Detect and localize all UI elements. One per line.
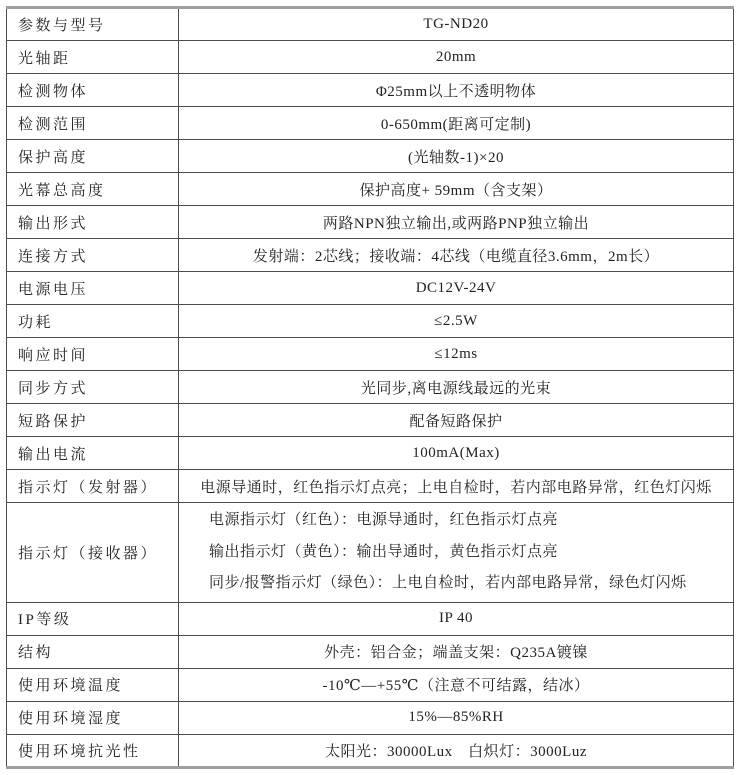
param-value: 外壳：铝合金；端盖支架：Q235A镀镍	[179, 635, 734, 668]
param-value: 电源指示灯（红色）：电源导通时，红色指示灯点亮 输出指示灯（黄色）：输出导通时，…	[179, 503, 734, 603]
param-value: 光同步,离电源线最远的光束	[179, 371, 734, 404]
row-indicator-emitter: 指示灯（发射器） 电源导通时，红色指示灯点亮；上电自检时，若内部电路异常，红色灯…	[7, 470, 734, 503]
param-value: 发射端：2芯线；接收端：4芯线（电缆直径3.6mm，2m长）	[179, 239, 734, 272]
param-label: 光轴距	[7, 41, 179, 74]
row-power-consumption: 功耗 ≤2.5W	[7, 305, 734, 338]
row-operating-temperature: 使用环境温度 -10℃—+55℃（注意不可结露，结冰）	[7, 668, 734, 701]
param-label: 光幕总高度	[7, 173, 179, 206]
row-output-current: 输出电流 100mA(Max)	[7, 437, 734, 470]
param-label: IP等级	[7, 602, 179, 635]
param-label: 参数与型号	[7, 8, 179, 41]
param-value: 100mA(Max)	[179, 437, 734, 470]
row-response-time: 响应时间 ≤12ms	[7, 338, 734, 371]
row-protection-height: 保护高度 (光轴数-1)×20	[7, 140, 734, 173]
param-label: 结构	[7, 635, 179, 668]
row-output-type: 输出形式 两路NPN独立输出,或两路PNP独立输出	[7, 206, 734, 239]
param-value: ≤12ms	[179, 338, 734, 371]
row-total-height: 光幕总高度 保护高度+ 59mm（含支架）	[7, 173, 734, 206]
param-label: 输出电流	[7, 437, 179, 470]
param-value: ≤2.5W	[179, 305, 734, 338]
row-supply-voltage: 电源电压 DC12V-24V	[7, 272, 734, 305]
indicator-line-sync-alarm: 同步/报警指示灯（绿色）：上电自检时，若内部电路异常，绿色灯闪烁	[179, 568, 727, 600]
row-detect-object: 检测物体 Φ25mm以上不透明物体	[7, 74, 734, 107]
param-label: 输出形式	[7, 206, 179, 239]
param-value: 20mm	[179, 41, 734, 74]
indicator-line-output: 输出指示灯（黄色）：输出导通时，黄色指示灯点亮	[179, 537, 727, 569]
param-label: 指示灯（接收器）	[7, 503, 179, 603]
spec-table: 参数与型号 TG-ND20 光轴距 20mm 检测物体 Φ25mm以上不透明物体…	[6, 6, 734, 769]
param-label: 检测范围	[7, 107, 179, 140]
param-value: 两路NPN独立输出,或两路PNP独立输出	[179, 206, 734, 239]
param-value: Φ25mm以上不透明物体	[179, 74, 734, 107]
row-operating-humidity: 使用环境湿度 15%—85%RH	[7, 701, 734, 734]
param-value: 电源导通时，红色指示灯点亮；上电自检时，若内部电路异常，红色灯闪烁	[179, 470, 734, 503]
param-label: 同步方式	[7, 371, 179, 404]
param-value: 0-650mm(距离可定制)	[179, 107, 734, 140]
param-label: 使用环境湿度	[7, 701, 179, 734]
param-value: 保护高度+ 59mm（含支架）	[179, 173, 734, 206]
param-label: 指示灯（发射器）	[7, 470, 179, 503]
param-value: 配备短路保护	[179, 404, 734, 437]
param-label: 使用环境抗光性	[7, 734, 179, 767]
param-label: 响应时间	[7, 338, 179, 371]
indicator-line-power: 电源指示灯（红色）：电源导通时，红色指示灯点亮	[179, 505, 727, 537]
param-label: 电源电压	[7, 272, 179, 305]
param-value: -10℃—+55℃（注意不可结露，结冰）	[179, 668, 734, 701]
param-value: (光轴数-1)×20	[179, 140, 734, 173]
spec-sheet-page: 参数与型号 TG-ND20 光轴距 20mm 检测物体 Φ25mm以上不透明物体…	[0, 0, 740, 775]
row-model: 参数与型号 TG-ND20	[7, 8, 734, 41]
row-connection: 连接方式 发射端：2芯线；接收端：4芯线（电缆直径3.6mm，2m长）	[7, 239, 734, 272]
param-label: 使用环境温度	[7, 668, 179, 701]
param-label: 短路保护	[7, 404, 179, 437]
row-sync-mode: 同步方式 光同步,离电源线最远的光束	[7, 371, 734, 404]
param-value: TG-ND20	[179, 8, 734, 41]
param-value: 15%—85%RH	[179, 701, 734, 734]
param-value: IP 40	[179, 602, 734, 635]
row-ip-rating: IP等级 IP 40	[7, 602, 734, 635]
param-label: 功耗	[7, 305, 179, 338]
row-indicator-receiver: 指示灯（接收器） 电源指示灯（红色）：电源导通时，红色指示灯点亮 输出指示灯（黄…	[7, 503, 734, 603]
row-beam-spacing: 光轴距 20mm	[7, 41, 734, 74]
row-detect-range: 检测范围 0-650mm(距离可定制)	[7, 107, 734, 140]
param-label: 检测物体	[7, 74, 179, 107]
param-label: 保护高度	[7, 140, 179, 173]
row-short-circuit-protection: 短路保护 配备短路保护	[7, 404, 734, 437]
param-label: 连接方式	[7, 239, 179, 272]
param-value: 太阳光：30000Lux 白炽灯：3000Luz	[179, 734, 734, 767]
row-ambient-light-immunity: 使用环境抗光性 太阳光：30000Lux 白炽灯：3000Luz	[7, 734, 734, 767]
row-structure: 结构 外壳：铝合金；端盖支架：Q235A镀镍	[7, 635, 734, 668]
param-value: DC12V-24V	[179, 272, 734, 305]
